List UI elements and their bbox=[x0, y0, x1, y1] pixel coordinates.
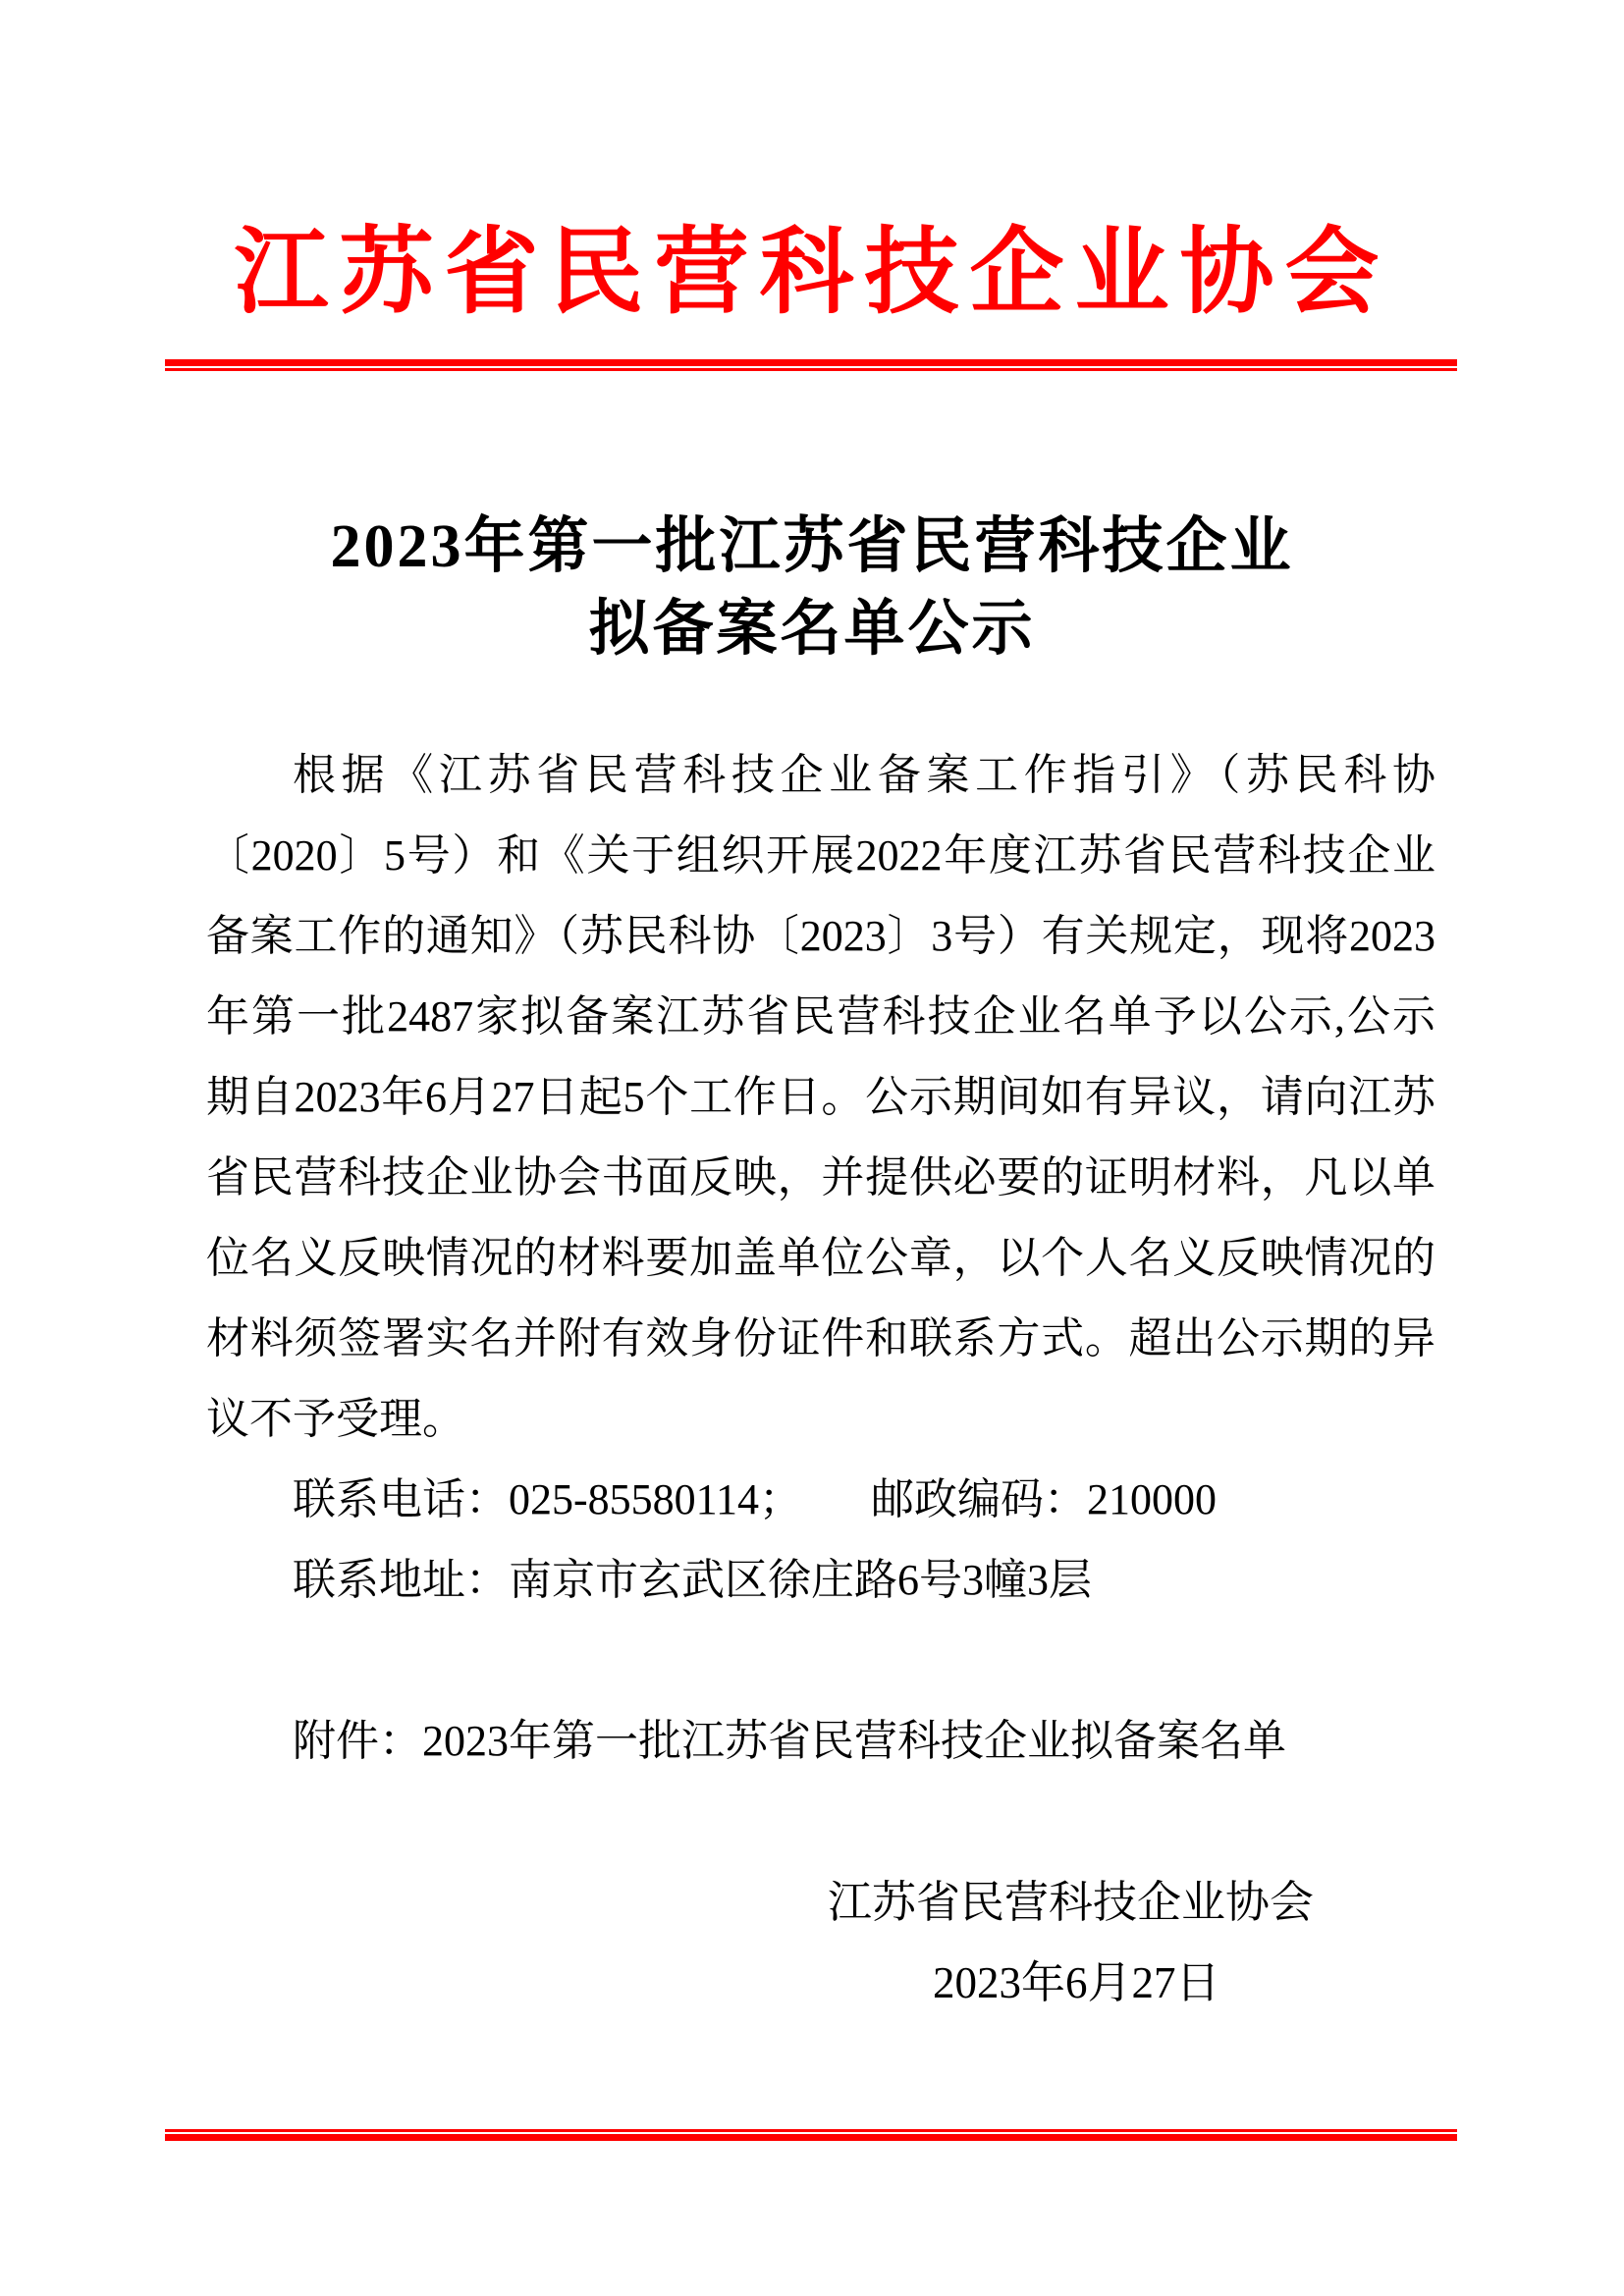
body-line: 材料须签署实名并附有效身份证件和联系方式。超出公示期的异 bbox=[206, 1299, 1435, 1379]
contact-phone-line: 联系电话：025-85580114；邮政编码：210000 bbox=[293, 1460, 1217, 1540]
contact-phone: 联系电话：025-85580114； bbox=[293, 1475, 802, 1523]
body-line: 备案工作的通知》（苏民科协〔2023〕3号）有关规定，现将2023 bbox=[206, 896, 1435, 977]
footer-divider bbox=[165, 2129, 1457, 2141]
body-line: 省民营科技企业协会书面反映，并提供必要的证明材料，凡以单 bbox=[206, 1138, 1435, 1218]
divider-thick-bar bbox=[165, 359, 1457, 366]
signature-org-name: 江苏省民营科技企业协会 bbox=[828, 1862, 1314, 1943]
body-line: 期自2023年6月27日起5个工作日。公示期间如有异议，请向江苏 bbox=[206, 1057, 1435, 1138]
document-title: 2023年第一批江苏省民营科技企业 拟备案名单公示 bbox=[0, 506, 1624, 670]
body-line: 根据《江苏省民营科技企业备案工作指引》（苏民科协 bbox=[206, 735, 1435, 816]
contact-address-line: 联系地址：南京市玄武区徐庄路6号3幢3层 bbox=[293, 1540, 1092, 1621]
letterhead-divider bbox=[165, 359, 1457, 371]
document-page: 江苏省民营科技企业协会 2023年第一批江苏省民营科技企业 拟备案名单公示 根据… bbox=[0, 0, 1624, 2296]
divider-thin-bar bbox=[165, 368, 1457, 371]
signature-date: 2023年6月27日 bbox=[933, 1943, 1220, 2023]
letterhead-org-title: 江苏省民营科技企业协会 bbox=[0, 214, 1624, 332]
body-line: 位名义反映情况的材料要加盖单位公章，以个人名义反映情况的 bbox=[206, 1218, 1435, 1299]
contact-postal-code: 邮政编码：210000 bbox=[871, 1475, 1217, 1523]
divider-thick-bar bbox=[165, 2134, 1457, 2141]
body-line: 年第一批2487家拟备案江苏省民营科技企业名单予以公示,公示 bbox=[206, 977, 1435, 1057]
document-title-line2: 拟备案名单公示 bbox=[0, 588, 1624, 670]
body-line: 议不予受理。 bbox=[206, 1379, 1435, 1460]
attachment-line: 附件：2023年第一批江苏省民营科技企业拟备案名单 bbox=[293, 1701, 1286, 1782]
document-title-line1: 2023年第一批江苏省民营科技企业 bbox=[0, 506, 1624, 588]
body-line: 〔2020〕5号）和《关于组织开展2022年度江苏省民营科技企业 bbox=[206, 816, 1435, 896]
body-paragraph: 根据《江苏省民营科技企业备案工作指引》（苏民科协 〔2020〕5号）和《关于组织… bbox=[206, 735, 1435, 1460]
